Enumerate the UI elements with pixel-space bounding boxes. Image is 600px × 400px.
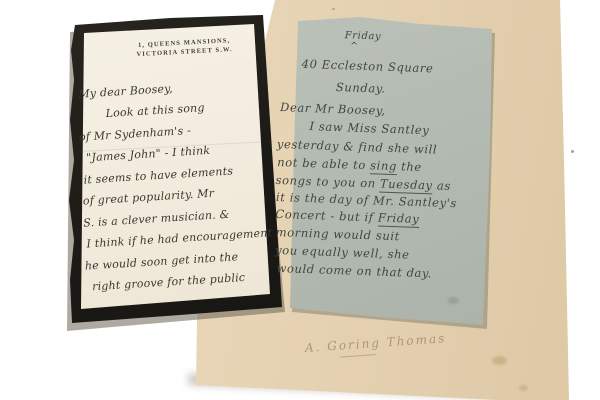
line-segment: Concert - but if bbox=[275, 207, 378, 225]
left-letter-body: My dear Boosey, Look at this song of Mr … bbox=[74, 75, 293, 317]
handwritten-line: I think if he had encouragement bbox=[86, 226, 272, 250]
handwritten-line: of Mr Sydenham's - bbox=[79, 124, 192, 144]
line-segment: songs to you on bbox=[275, 173, 380, 191]
handwritten-line: yesterday & find she will bbox=[277, 137, 438, 157]
mat-stain bbox=[492, 356, 507, 365]
handwritten-line: he would soon get into the bbox=[85, 250, 239, 272]
underlined-word: Tuesday bbox=[380, 177, 433, 195]
handwritten-line: Look at this song bbox=[105, 101, 205, 120]
dust-speck bbox=[571, 150, 574, 153]
handwritten-line: not be able to sing the bbox=[277, 155, 422, 174]
mat-stain bbox=[519, 385, 528, 391]
line-segment: the bbox=[397, 159, 422, 174]
underlined-word: Friday bbox=[378, 211, 420, 228]
underlined-word: sing bbox=[370, 158, 397, 175]
insertion-caret: ^ bbox=[350, 41, 359, 51]
handwritten-line: "James John" - I think bbox=[86, 144, 211, 165]
handwritten-line: of great popularity. Mr bbox=[83, 187, 215, 208]
line-segment: not be able to bbox=[277, 155, 370, 172]
photo-of-letters: A. Goring Thomas 1, QUEENS MANSIONS, VIC… bbox=[0, 0, 600, 400]
date-line: Sunday. bbox=[336, 80, 386, 96]
handwritten-line: it seems to have elements bbox=[83, 164, 233, 186]
line-segment: as bbox=[432, 178, 451, 193]
handwritten-line: I saw Miss Santley bbox=[309, 119, 429, 137]
handwritten-line: you equally well, she bbox=[275, 243, 410, 262]
salutation-line: Dear Mr Boosey, bbox=[280, 100, 386, 118]
handwritten-line: right groove for the public bbox=[92, 271, 246, 293]
handwritten-line: would come on that day. bbox=[276, 261, 432, 280]
handwritten-line: morning would suit bbox=[276, 225, 401, 243]
handwritten-line: Concert - but if Friday bbox=[275, 207, 419, 226]
address-line: 40 Eccleston Square bbox=[301, 57, 433, 76]
dust-speck bbox=[332, 8, 335, 10]
handwritten-line: S. is a clever musician. & bbox=[83, 208, 230, 230]
right-letter-body: Friday ^ 40 Eccleston Square Sunday. Dea… bbox=[271, 26, 496, 333]
